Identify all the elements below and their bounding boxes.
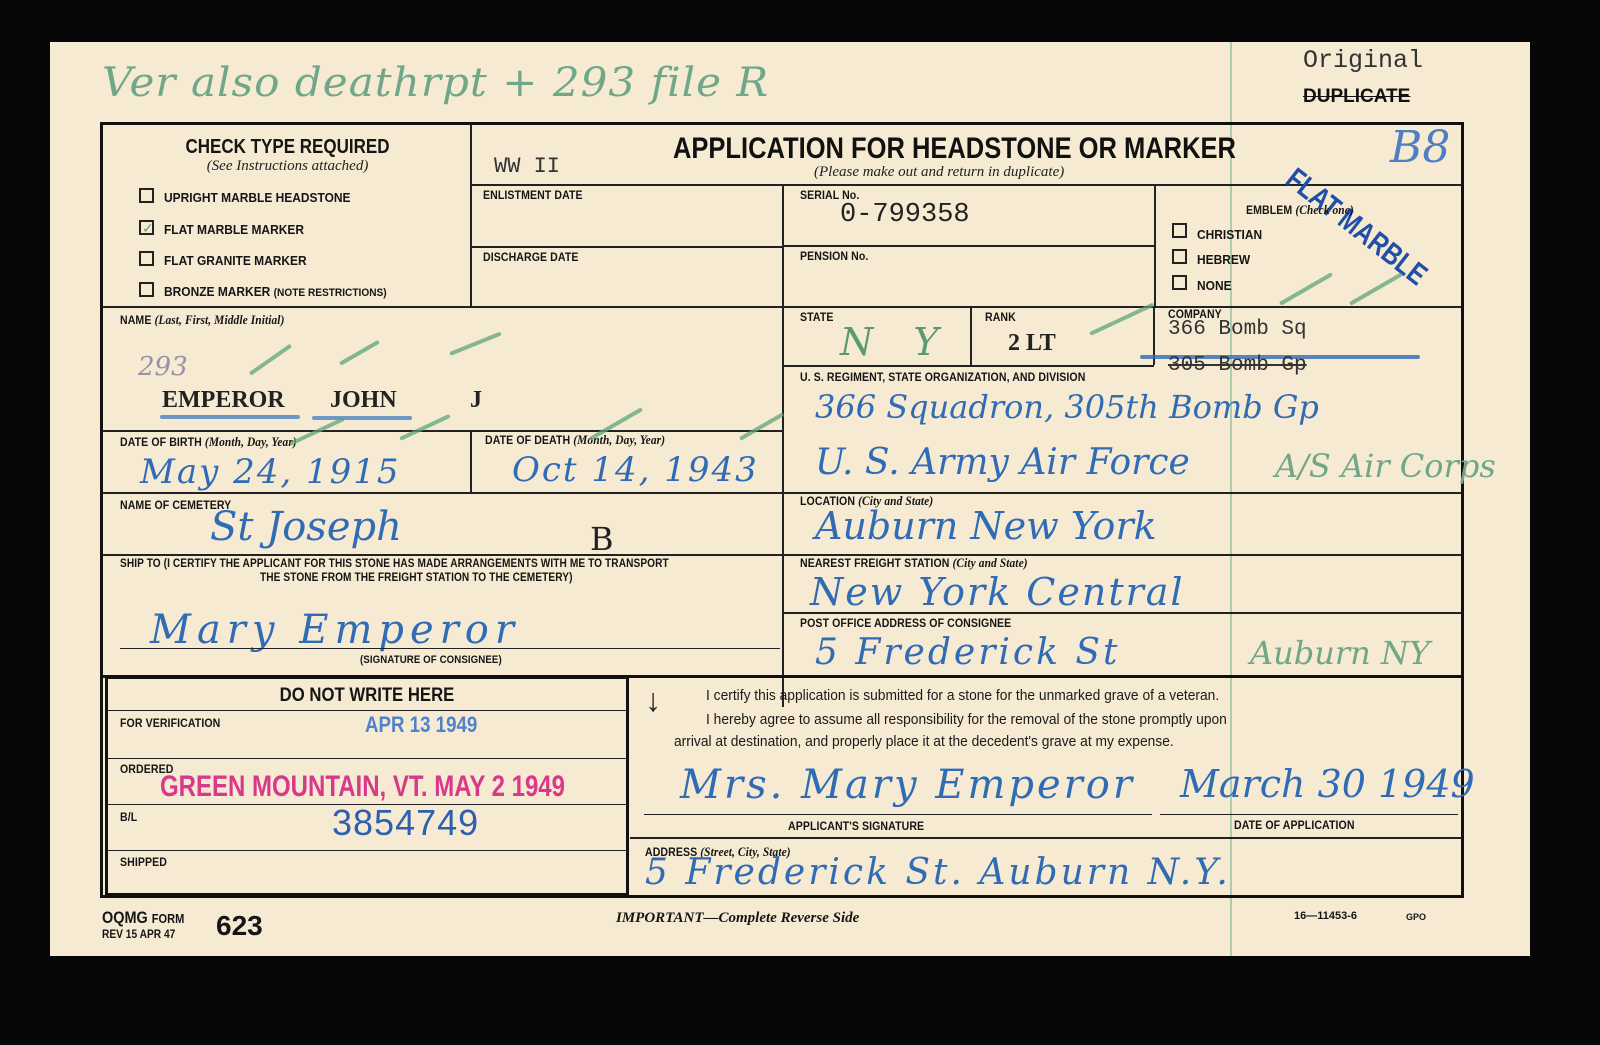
application-date-value: March 30 1949 [1180,762,1475,806]
check-type-heading: CHECK TYPE REQUIRED [132,136,442,159]
divider [784,365,1154,367]
location-value: Auburn New York [815,504,1157,548]
applicant-signature-label: APPLICANT'S SIGNATURE [788,819,924,833]
headstone-application-card: Ver also deathrpt + 293 file R Original … [50,42,1530,956]
option-flat-granite-label: FLAT GRANITE MARKER [164,253,307,268]
form-agency: OQMG FORM [102,908,184,928]
checkbox-bronze[interactable] [139,282,154,297]
date-of-birth-label-note: (Month, Day, Year) [205,434,297,449]
serial-number-value: 0-799358 [840,200,970,230]
verification-label: FOR VERIFICATION [120,716,220,730]
form-title: APPLICATION FOR HEADSTONE OR MARKER [673,132,1236,166]
name-middle-initial: J [470,387,482,414]
freight-station-value: New York Central [810,570,1185,614]
divider [470,430,472,492]
ship-to-label-line2: THE STONE FROM THE FREIGHT STATION TO TH… [260,572,573,584]
enlistment-date-label: ENLISTMENT DATE [483,188,583,202]
option-upright-marble-label: UPRIGHT MARBLE HEADSTONE [164,190,351,205]
cemetery-value: St Joseph [210,504,402,550]
divider [470,124,472,306]
name-margin-note: 293 [138,352,188,382]
freight-station-label: NEAREST FREIGHT STATION (City and State) [800,555,1028,571]
date-of-birth-value: May 24, 1915 [140,452,401,492]
regiment-green-note: A/S Air Corps [1275,447,1496,485]
print-code: 16—11453-6 [1294,910,1357,922]
date-line [1160,814,1458,815]
emblem-label: EMBLEM (Check one) [1246,202,1354,218]
blue-underline [160,415,300,419]
name-label: NAME (Last, First, Middle Initial) [120,312,284,328]
date-of-birth-label-text: DATE OF BIRTH [120,435,202,449]
form-word: FORM [152,911,185,926]
option-bronze-label: BRONZE MARKER (NOTE RESTRICTIONS) [164,284,387,299]
divider [784,612,1462,614]
checkbox-christian[interactable] [1172,223,1187,238]
divider [472,246,782,248]
verification-date-stamp: APR 13 1949 [365,712,477,738]
divider [108,710,626,711]
form-revision: REV 15 APR 47 [102,927,175,941]
important-notice: IMPORTANT—Complete Reverse Side [616,910,859,927]
regiment-label: U. S. REGIMENT, STATE ORGANIZATION, AND … [800,370,1085,384]
war-designation: WW II [494,154,560,179]
divider [102,430,782,432]
company-line2-struck: 305 Bomb Gp [1168,354,1307,377]
form-number: 623 [216,910,263,942]
ordered-stamp: GREEN MOUNTAIN, VT. MAY 2 1949 [160,770,565,804]
divider [782,185,784,707]
emblem-none-label: NONE [1197,278,1232,293]
copy-type-original: Original [1303,46,1423,75]
applicant-signature: Mrs. Mary Emperor [680,762,1135,808]
date-of-death-label-text: DATE OF DEATH [485,433,570,447]
regiment-line2: U. S. Army Air Force [815,442,1190,483]
name-label-note: (Last, First, Middle Initial) [154,312,284,327]
divider [102,554,1462,556]
bill-of-lading-number: 3854749 [332,802,479,844]
arrow-down-mark-icon: ↓ [645,682,661,719]
company-line1: 366 Bomb Sq [1168,318,1307,341]
emblem-label-note: (Check one) [1295,202,1353,217]
signature-line [644,814,1152,815]
name-last: EMPEROR [162,387,285,414]
date-of-death-label: DATE OF DEATH (Month, Day, Year) [485,432,665,448]
checkbox-flat-granite[interactable] [139,251,154,266]
regiment-line1: 366 Squadron, 305th Bomb Gp [815,388,1319,426]
option-bronze-note: (NOTE RESTRICTIONS) [274,287,387,299]
bill-of-lading-label: B/L [120,810,137,824]
certification-line3: arrival at destination, and properly pla… [674,733,1174,750]
cemetery-mark: B [590,520,614,558]
check-type-subheading: (See Instructions attached) [105,158,470,175]
emblem-label-text: EMBLEM [1246,203,1292,217]
application-date-label: DATE OF APPLICATION [1234,818,1355,832]
printer-mark: GPO [1406,912,1426,922]
date-of-birth-label: DATE OF BIRTH (Month, Day, Year) [120,434,297,450]
rank-value: 2 LT [1008,330,1056,357]
consignee-signature-caption: (SIGNATURE OF CONSIGNEE) [360,654,502,666]
name-first: JOHN [330,387,397,414]
certification-line1: I certify this application is submitted … [706,687,1219,704]
certification-line2: I hereby agree to assume all responsibil… [706,711,1227,728]
name-label-text: NAME [120,313,151,327]
state-value: N Y [840,320,952,364]
applicant-address-value: 5 Frederick St. Auburn N.Y. [645,852,1231,893]
state-label: STATE [800,310,833,324]
office-use-heading: DO NOT WRITE HERE [136,685,597,707]
post-office-address-green-note: Auburn NY [1250,634,1430,672]
freight-station-label-text: NEAREST FREIGHT STATION [800,556,949,570]
freight-station-label-note: (City and State) [953,555,1028,570]
copy-type-duplicate-struck: DUPLICATE [1303,86,1410,108]
option-flat-marble-label: FLAT MARBLE MARKER [164,222,304,237]
divider [630,837,1462,839]
emblem-hebrew-label: HEBREW [1197,252,1250,267]
top-pencil-annotation: Ver also deathrpt + 293 file R [102,60,769,106]
shipped-label: SHIPPED [120,855,167,869]
divider [102,492,1462,494]
green-check-icon: ✓ [142,220,154,237]
divider [108,850,626,851]
rank-label: RANK [985,310,1016,324]
pension-number-label: PENSION No. [800,249,868,263]
post-office-address-value: 5 Frederick St [815,632,1120,673]
checkbox-hebrew[interactable] [1172,249,1187,264]
consignee-signature: Mary Emperor [150,607,520,653]
post-office-address-label: POST OFFICE ADDRESS OF CONSIGNEE [800,616,1011,630]
handwritten-code: B8 [1390,122,1450,173]
divider [102,306,1462,308]
signature-line [120,648,780,649]
checkbox-flat-marble[interactable]: ✓ [139,220,154,235]
form-agency-text: OQMG [102,908,148,927]
divider [108,758,626,759]
divider [784,245,1154,247]
option-bronze-text: BRONZE MARKER [164,284,270,299]
checkbox-none[interactable] [1172,275,1187,290]
date-of-death-label-note: (Month, Day, Year) [573,432,665,447]
emblem-christian-label: CHRISTIAN [1197,227,1262,242]
divider [1154,185,1156,307]
divider [970,307,972,367]
form-subtitle: (Please make out and return in duplicate… [814,164,1064,181]
date-of-death-value: Oct 14, 1943 [512,450,759,490]
discharge-date-label: DISCHARGE DATE [483,250,578,264]
blue-underline [312,416,412,420]
ship-to-label: SHIP TO (I CERTIFY THE APPLICANT FOR THI… [120,558,669,570]
checkbox-upright-marble[interactable] [139,188,154,203]
